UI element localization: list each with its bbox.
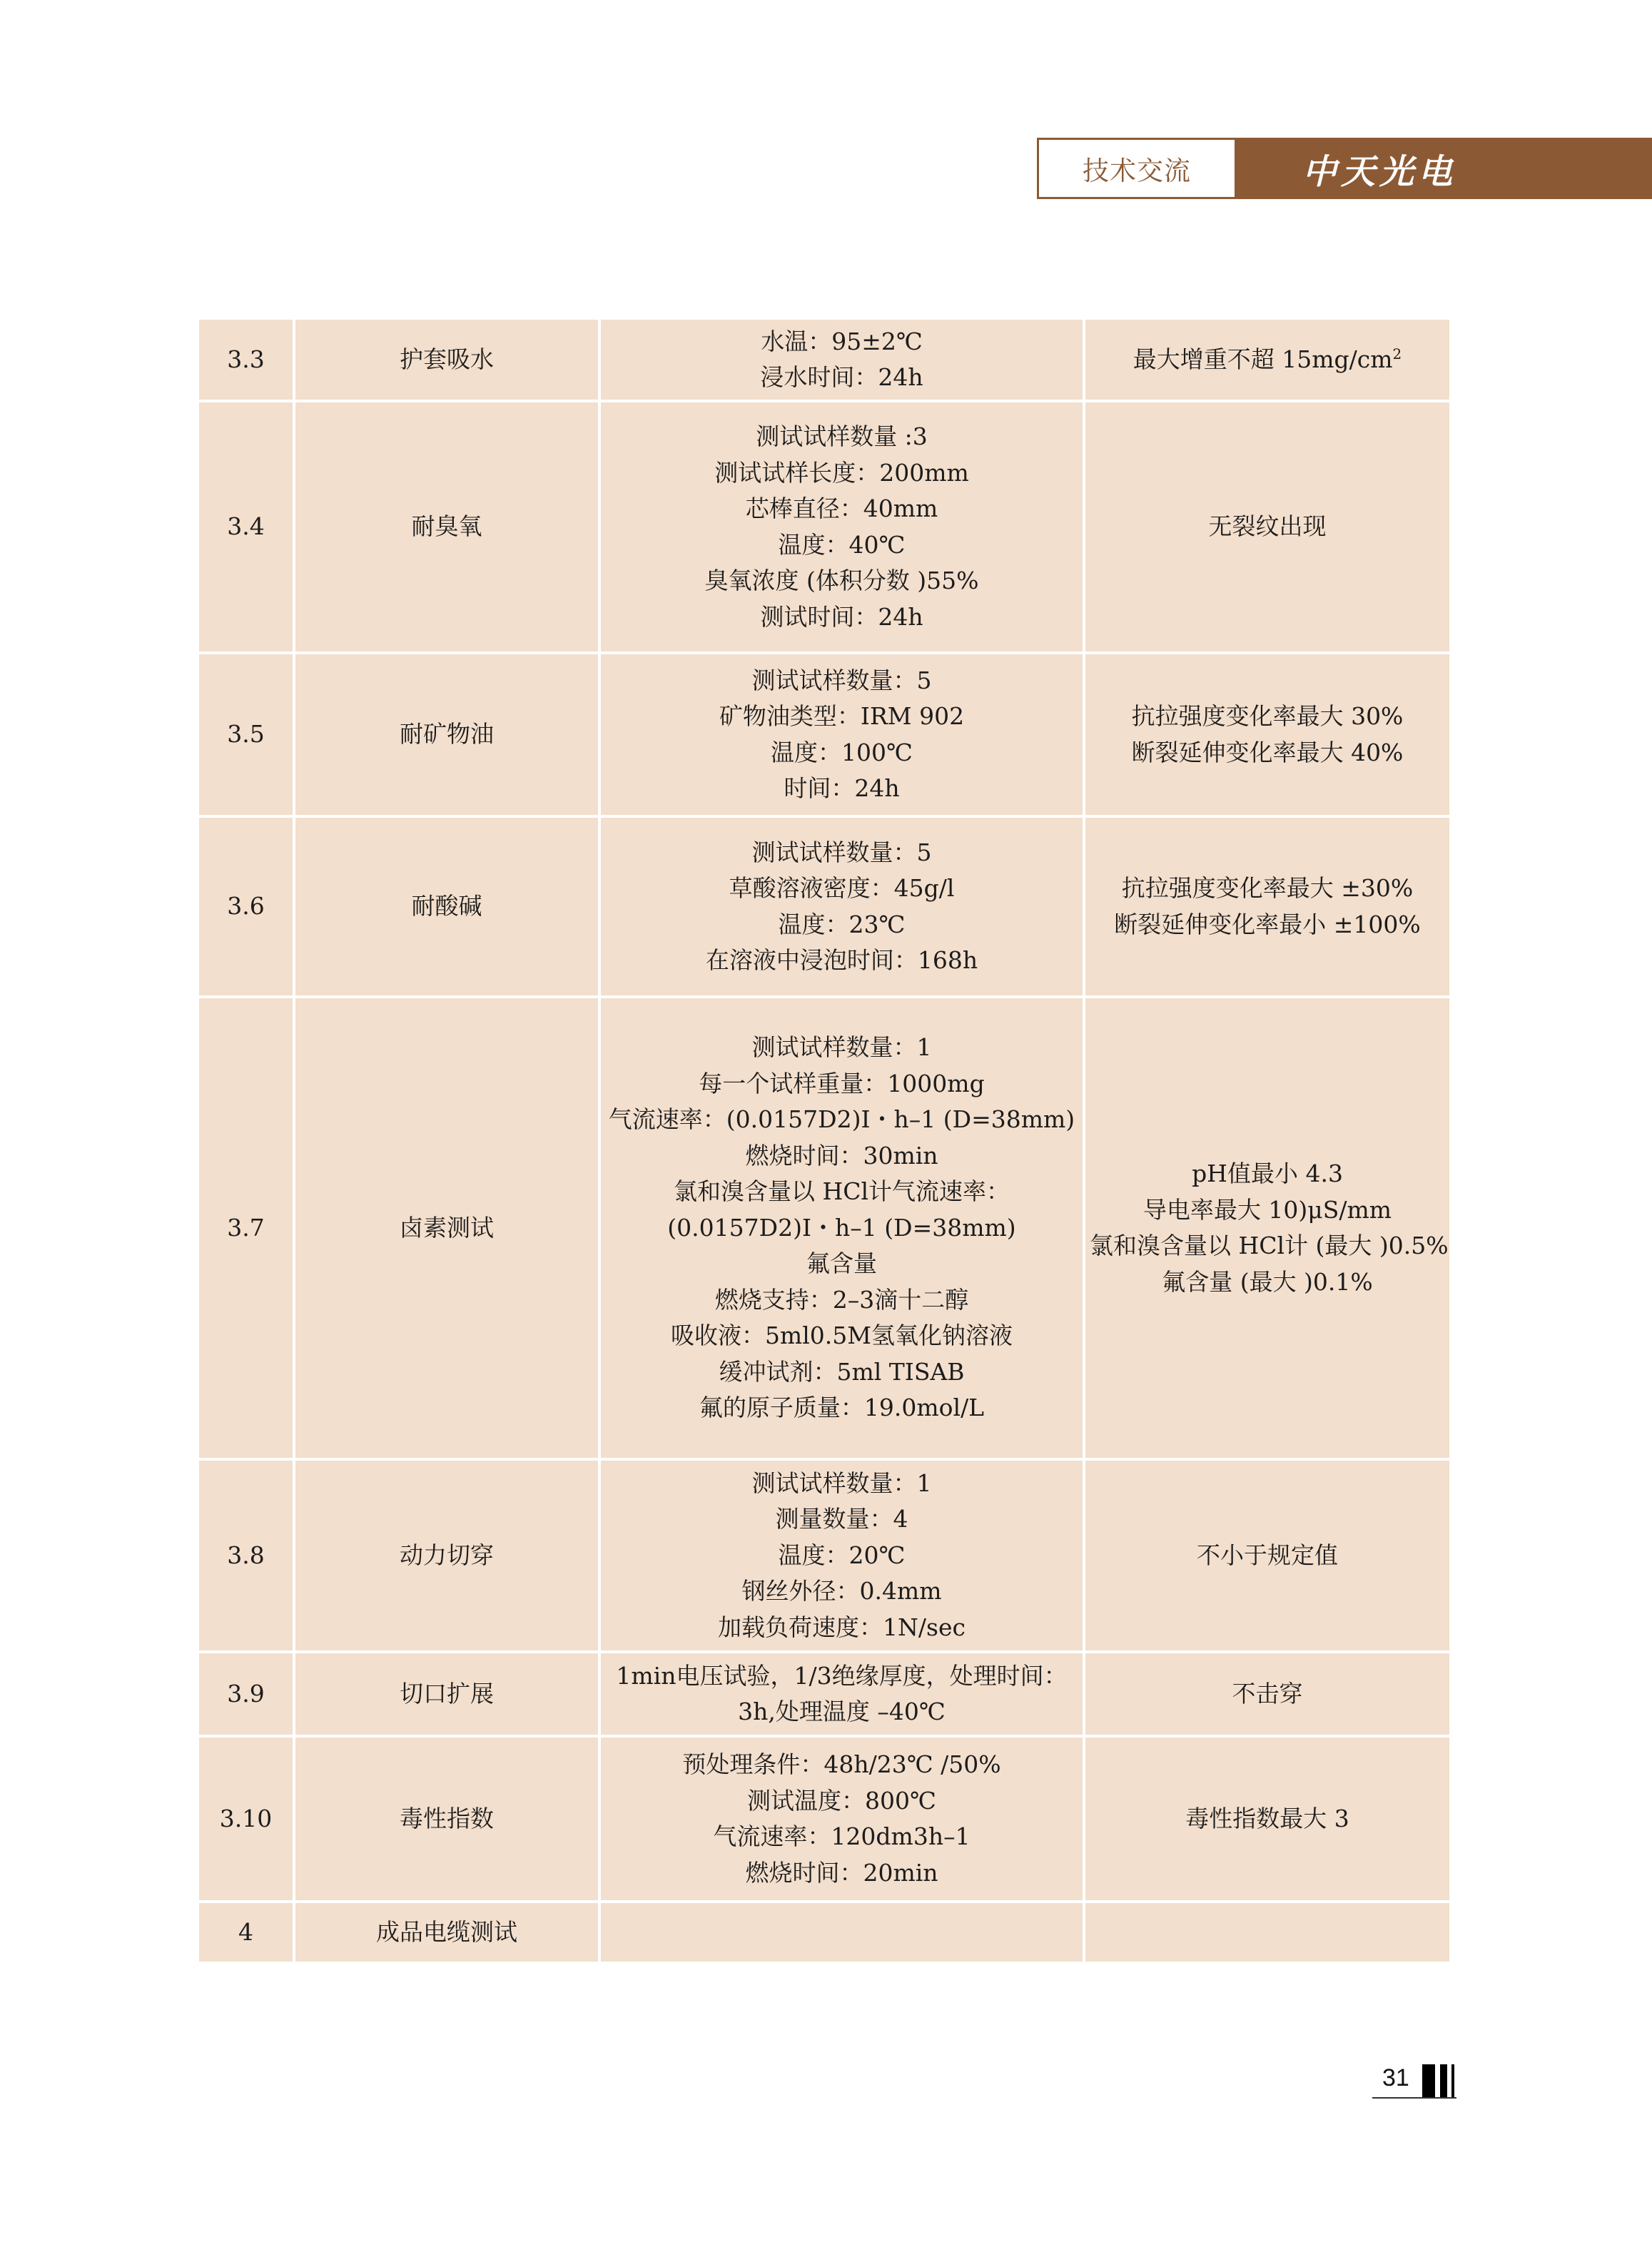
cell-test-item: 动力切穿	[294, 1459, 599, 1652]
table-row: 3.3护套吸水水温：95±2℃浸水时间：24h最大增重不超 15mg/cm2	[198, 318, 1451, 401]
footer-bar-decoration	[1451, 2064, 1454, 2099]
cell-requirements: 无裂纹出现	[1084, 401, 1451, 653]
condition-line: 在溶液中浸泡时间：168h	[605, 943, 1078, 979]
page-footer: 31	[1372, 2064, 1456, 2100]
table-row: 3.7卤素测试测试试样数量：1每一个试样重量：1000mg气流速率：(0.015…	[198, 997, 1451, 1459]
cell-test-conditions: 测试试样数量：1测量数量：4温度：20℃钢丝外径：0.4mm加载负荷速度：1N/…	[599, 1459, 1084, 1652]
cell-requirements: 抗拉强度变化率最大 ±30%断裂延伸变化率最小 ±100%	[1084, 816, 1451, 997]
condition-line: 氯和溴含量以 HCl计气流速率：	[605, 1174, 1078, 1210]
cell-requirements: pH值最小 4.3导电率最大 10)μS/mm氯和溴含量以 HCl计 (最大 )…	[1084, 997, 1451, 1459]
cell-requirements: 不击穿	[1084, 1652, 1451, 1736]
condition-line: 浸水时间：24h	[605, 360, 1078, 396]
table-row: 3.10毒性指数预处理条件：48h/23℃ /50%测试温度：800℃气流速率：…	[198, 1736, 1451, 1902]
condition-line: 测试试样长度：200mm	[605, 455, 1078, 492]
cell-requirements: 抗拉强度变化率最大 30%断裂延伸变化率最大 40%	[1084, 653, 1451, 816]
condition-line: 测试试样数量：1	[605, 1466, 1078, 1502]
cell-item-number: 3.5	[198, 653, 294, 816]
condition-line: 氟含量	[605, 1246, 1078, 1282]
requirement-line: 导电率最大 10)μS/mm	[1090, 1192, 1445, 1229]
requirement-line: 氯和溴含量以 HCl计 (最大 )0.5%	[1090, 1228, 1445, 1264]
table-row: 3.6耐酸碱测试试样数量：5草酸溶液密度：45g/l温度：23℃在溶液中浸泡时间…	[198, 816, 1451, 997]
cell-item-number: 4	[198, 1902, 294, 1963]
condition-line: 草酸溶液密度：45g/l	[605, 871, 1078, 907]
requirement-line: 断裂延伸变化率最小 ±100%	[1090, 907, 1445, 943]
condition-line: 温度：40℃	[605, 527, 1078, 564]
cell-test-conditions: 水温：95±2℃浸水时间：24h	[599, 318, 1084, 401]
condition-line: 气流速率：(0.0157D2)I・h–1 (D=38mm)	[605, 1102, 1078, 1138]
condition-line: 燃烧时间：20min	[605, 1855, 1078, 1892]
test-spec-table: 3.3护套吸水水温：95±2℃浸水时间：24h最大增重不超 15mg/cm23.…	[196, 317, 1452, 1964]
requirement-line: 最大增重不超 15mg/cm2	[1090, 342, 1445, 378]
cell-item-number: 3.3	[198, 318, 294, 401]
table-row: 3.8动力切穿测试试样数量：1测量数量：4温度：20℃钢丝外径：0.4mm加载负…	[198, 1459, 1451, 1652]
cell-item-number: 3.7	[198, 997, 294, 1459]
cell-item-number: 3.4	[198, 401, 294, 653]
condition-line: 芯棒直径：40mm	[605, 491, 1078, 527]
condition-line: 测试试样数量：1	[605, 1030, 1078, 1066]
cell-test-item: 耐臭氧	[294, 401, 599, 653]
section-label: 技术交流	[1037, 138, 1237, 199]
condition-line: 矿物油类型：IRM 902	[605, 699, 1078, 735]
cell-test-item: 耐矿物油	[294, 653, 599, 816]
condition-line: 测试温度：800℃	[605, 1783, 1078, 1820]
footer-bar-decoration	[1440, 2064, 1447, 2099]
requirement-line: 抗拉强度变化率最大 30%	[1090, 699, 1445, 735]
cell-requirements	[1084, 1902, 1451, 1963]
condition-line: 3h,处理温度 –40℃	[605, 1694, 1078, 1730]
condition-line: 测试试样数量 :3	[605, 419, 1078, 455]
table-row: 3.5耐矿物油测试试样数量：5矿物油类型：IRM 902温度：100℃时间：24…	[198, 653, 1451, 816]
cell-test-conditions: 测试试样数量 :3测试试样长度：200mm芯棒直径：40mm温度：40℃臭氧浓度…	[599, 401, 1084, 653]
cell-item-number: 3.9	[198, 1652, 294, 1736]
condition-line: 温度：20℃	[605, 1538, 1078, 1574]
cell-test-conditions: 测试试样数量：1每一个试样重量：1000mg气流速率：(0.0157D2)I・h…	[599, 997, 1084, 1459]
requirement-line: 抗拉强度变化率最大 ±30%	[1090, 871, 1445, 907]
condition-line: 温度：100℃	[605, 735, 1078, 771]
condition-line: 水温：95±2℃	[605, 324, 1078, 360]
requirement-line: 不小于规定值	[1090, 1538, 1445, 1574]
cell-test-conditions: 测试试样数量：5草酸溶液密度：45g/l温度：23℃在溶液中浸泡时间：168h	[599, 816, 1084, 997]
footer-bar-decoration	[1422, 2064, 1435, 2099]
condition-line: 每一个试样重量：1000mg	[605, 1066, 1078, 1102]
condition-line: 测试时间：24h	[605, 599, 1078, 636]
cell-requirements: 不小于规定值	[1084, 1459, 1451, 1652]
cell-requirements: 最大增重不超 15mg/cm2	[1084, 318, 1451, 401]
table-row: 3.9切口扩展1min电压试验，1/3绝缘厚度，处理时间：3h,处理温度 –40…	[198, 1652, 1451, 1736]
cell-test-item: 切口扩展	[294, 1652, 599, 1736]
condition-line: 温度：23℃	[605, 907, 1078, 943]
table-row: 4成品电缆测试	[198, 1902, 1451, 1963]
condition-line: 吸收液：5ml0.5M氢氧化钠溶液	[605, 1318, 1078, 1354]
cell-item-number: 3.10	[198, 1736, 294, 1902]
cell-test-item: 耐酸碱	[294, 816, 599, 997]
requirement-text: 最大增重不超 15mg/cm	[1133, 345, 1393, 373]
requirement-line: 无裂纹出现	[1090, 509, 1445, 545]
requirement-line: 氟含量 (最大 )0.1%	[1090, 1264, 1445, 1301]
condition-line: 加载负荷速度：1N/sec	[605, 1610, 1078, 1646]
condition-line: 1min电压试验，1/3绝缘厚度，处理时间：	[605, 1658, 1078, 1695]
requirement-line: pH值最小 4.3	[1090, 1156, 1445, 1192]
condition-line: 氟的原子质量：19.0mol/L	[605, 1390, 1078, 1426]
condition-line: 燃烧时间：30min	[605, 1138, 1078, 1175]
cell-test-item: 护套吸水	[294, 318, 599, 401]
condition-line: 气流速率：120dm3h–1	[605, 1819, 1078, 1855]
condition-line: 预处理条件：48h/23℃ /50%	[605, 1747, 1078, 1783]
cell-item-number: 3.6	[198, 816, 294, 997]
cell-test-conditions: 1min电压试验，1/3绝缘厚度，处理时间：3h,处理温度 –40℃	[599, 1652, 1084, 1736]
cell-test-conditions: 预处理条件：48h/23℃ /50%测试温度：800℃气流速率：120dm3h–…	[599, 1736, 1084, 1902]
condition-line: 燃烧支持：2–3滴十二醇	[605, 1282, 1078, 1319]
page-number: 31	[1382, 2064, 1409, 2092]
superscript: 2	[1393, 345, 1402, 362]
page-header: 技术交流 中天光电	[1037, 138, 1652, 199]
cell-test-item: 成品电缆测试	[294, 1902, 599, 1963]
cell-test-item: 卤素测试	[294, 997, 599, 1459]
condition-line: 测量数量：4	[605, 1501, 1078, 1538]
condition-line: 缓冲试剂：5ml TISAB	[605, 1354, 1078, 1391]
cell-test-conditions	[599, 1902, 1084, 1963]
condition-line: 测试试样数量：5	[605, 663, 1078, 699]
cell-item-number: 3.8	[198, 1459, 294, 1652]
cell-test-conditions: 测试试样数量：5矿物油类型：IRM 902温度：100℃时间：24h	[599, 653, 1084, 816]
condition-line: 测试试样数量：5	[605, 835, 1078, 871]
condition-line: 时间：24h	[605, 771, 1078, 807]
condition-line: (0.0157D2)I・h–1 (D=38mm)	[605, 1210, 1078, 1247]
condition-line: 钢丝外径：0.4mm	[605, 1573, 1078, 1610]
requirement-line: 断裂延伸变化率最大 40%	[1090, 735, 1445, 771]
table-row: 3.4耐臭氧测试试样数量 :3测试试样长度：200mm芯棒直径：40mm温度：4…	[198, 401, 1451, 653]
footer-rule	[1372, 2097, 1456, 2099]
cell-requirements: 毒性指数最大 3	[1084, 1736, 1451, 1902]
table-body: 3.3护套吸水水温：95±2℃浸水时间：24h最大增重不超 15mg/cm23.…	[198, 318, 1451, 1963]
brand-logo-text: 中天光电	[1237, 138, 1652, 199]
condition-line: 臭氧浓度 (体积分数 )55%	[605, 563, 1078, 599]
cell-test-item: 毒性指数	[294, 1736, 599, 1902]
requirement-line: 不击穿	[1090, 1676, 1445, 1713]
requirement-line: 毒性指数最大 3	[1090, 1801, 1445, 1837]
